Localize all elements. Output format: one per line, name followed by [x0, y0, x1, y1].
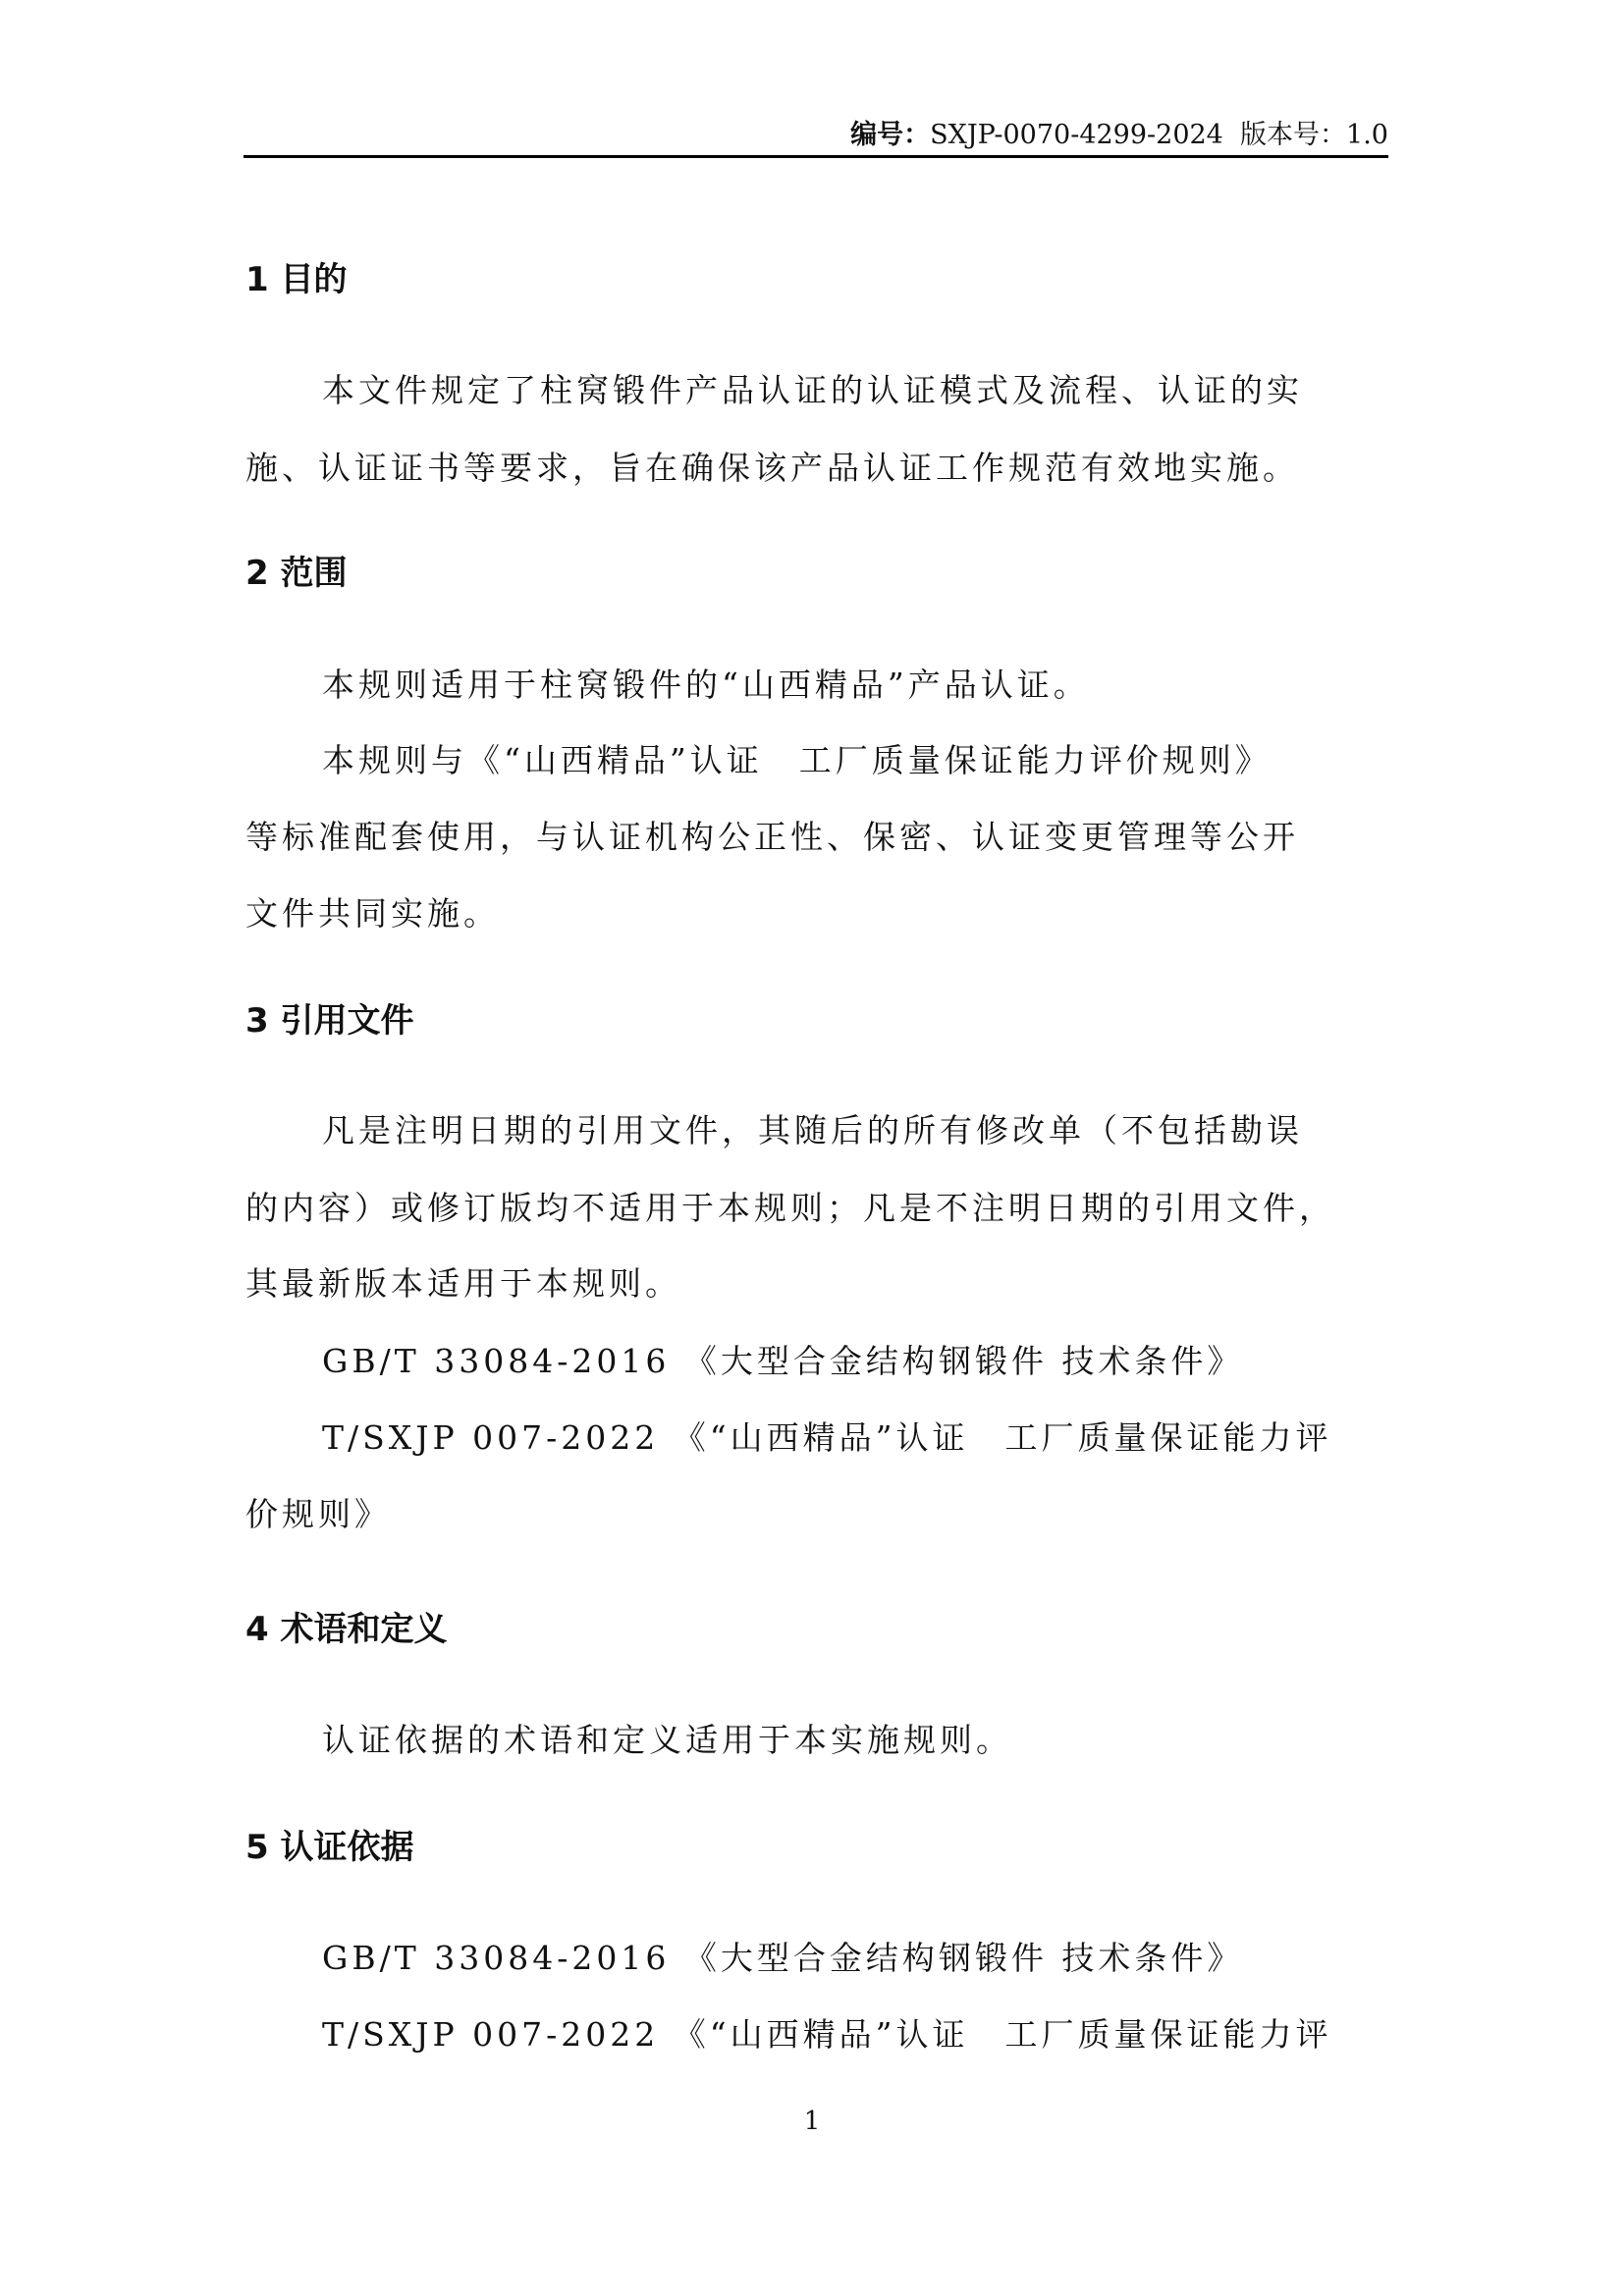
paragraph-line: 本规则与《“山西精品”认证 工厂质量保证能力评价规则》 — [245, 739, 1465, 782]
paragraph-line: 文件共同实施。 — [245, 892, 1388, 935]
version-label: 版本号： — [1240, 120, 1346, 150]
paragraph-line: 等标准配套使用，与认证机构公正性、保密、认证变更管理等公开 — [245, 816, 1388, 859]
page-header: 编号：SXJP-0070-4299-2024 版本号：1.0 — [244, 116, 1388, 155]
page-number: 1 — [0, 2107, 1624, 2136]
paragraph-line: 凡是注明日期的引用文件，其随后的所有修改单（不包括勘误 — [245, 1109, 1465, 1152]
header-divider — [244, 155, 1388, 158]
reference-item: GB/T 33084-2016 《大型合金结构钢锻件 技术条件》 — [245, 1937, 1465, 1980]
paragraph-line: 其最新版本适用于本规则。 — [245, 1262, 1388, 1306]
paragraph-line: 本文件规定了柱窝锻件产品认证的认证模式及流程、认证的实 — [245, 369, 1465, 412]
paragraph-line: 施、认证证书等要求，旨在确保该产品认证工作规范有效地实施。 — [245, 447, 1388, 490]
version-value: 1.0 — [1346, 120, 1388, 150]
reference-item: T/SXJP 007-2022 《“山西精品”认证 工厂质量保证能力评 — [245, 2013, 1465, 2056]
section-heading-terms: 4 术语和定义 — [245, 1608, 448, 1651]
section-heading-basis: 5 认证依据 — [245, 1826, 414, 1869]
reference-item: GB/T 33084-2016 《大型合金结构钢锻件 技术条件》 — [245, 1340, 1465, 1383]
paragraph-line: 认证依据的术语和定义适用于本实施规则。 — [245, 1719, 1465, 1762]
section-heading-scope: 2 范围 — [245, 552, 348, 595]
document-page: 编号：SXJP-0070-4299-2024 版本号：1.0 1 目的 本文件规… — [0, 0, 1624, 2296]
paragraph-line: 本规则适用于柱窝锻件的“山西精品”产品认证。 — [245, 664, 1465, 707]
section-heading-references: 3 引用文件 — [245, 999, 414, 1042]
reference-item-continued: 价规则》 — [245, 1493, 1388, 1536]
document-code-label: 编号： — [850, 120, 930, 150]
section-heading-purpose: 1 目的 — [245, 258, 348, 301]
reference-item: T/SXJP 007-2022 《“山西精品”认证 工厂质量保证能力评 — [245, 1416, 1465, 1460]
paragraph-line: 的内容）或修订版均不适用于本规则；凡是不注明日期的引用文件， — [245, 1187, 1388, 1230]
document-code-value: SXJP-0070-4299-2024 — [930, 120, 1223, 150]
